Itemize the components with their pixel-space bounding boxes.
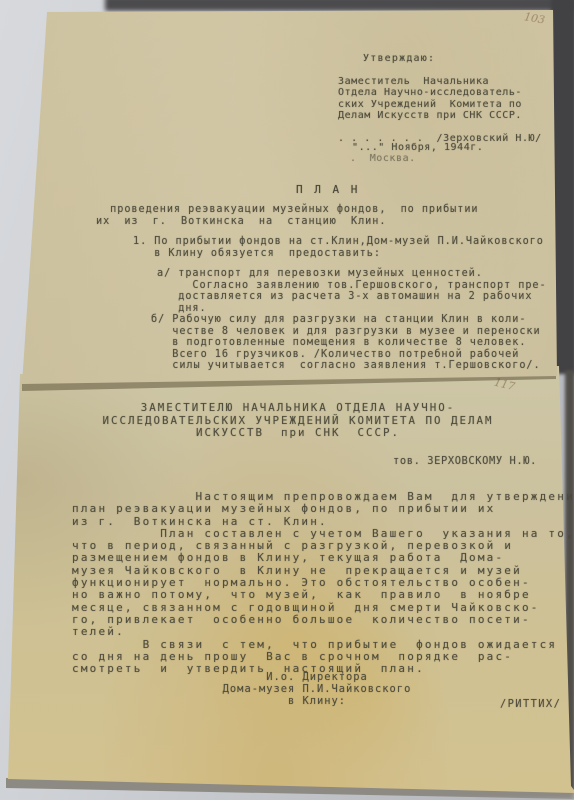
approver-block: Заместитель Начальника Отдела Научно-исс… xyxy=(338,76,542,144)
approve-heading: Утверждаю: xyxy=(363,53,435,64)
addressee-block: ЗАМЕСТИТЕЛЮ НАЧАЛЬНИКА ОТДЕЛА НАУЧНО- ИС… xyxy=(88,402,508,440)
signoff-block: И.о. Директора Дома-музея П.И.Чайковског… xyxy=(212,671,422,707)
approval-city-line: . Москва. xyxy=(350,153,416,164)
background-shadow-top xyxy=(105,0,574,11)
plan-subtitle: проведения реэвакуации музейных фондов, … xyxy=(96,204,479,227)
plan-title: П Л А Н xyxy=(296,183,360,196)
approval-date-line: "..." Ноября, 1944г. xyxy=(352,142,483,153)
letter-body: Настоящим препровождаем Вам для утвержде… xyxy=(72,491,574,675)
signature-name: /РИТТИХ/ xyxy=(500,698,561,710)
photo-of-documents: 117 ЗАМЕСТИТЕЛЮ НАЧАЛЬНИКА ОТДЕЛА НАУЧНО… xyxy=(0,0,574,800)
clause-1b: б/ Рабочую силу для разгрузки на станции… xyxy=(151,314,541,372)
clause-1: 1. По прибытии фондов на ст.Клин,Дом-муз… xyxy=(133,236,544,259)
addressee-name-line: тов. ЗЕРХОВСКОМУ Н.Ю. xyxy=(393,455,537,467)
clause-1a: а/ транспорт для перевозки музейных ценн… xyxy=(157,268,547,314)
